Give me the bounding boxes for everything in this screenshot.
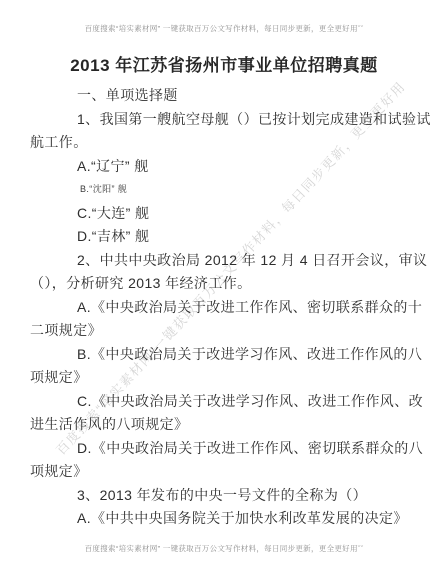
document-page: 百度搜索“培实素材网” 一键获取百万公文写作材料，每日同步更新，更全更好用ˇˇ … <box>0 0 448 580</box>
question-2-option-line: D.《中央政治局关于改进工作作风、密切联系群众的八 <box>30 437 420 461</box>
section-heading: 一、单项选择题 <box>30 84 420 108</box>
question-2-option-line: C.《中央政治局关于改进学习作风、改进工作作风、改 <box>30 390 420 414</box>
question-2-stem-line: （），分析研究 2013 年经济工作。 <box>30 272 420 296</box>
question-1-option-line: D.“吉林” 舰 <box>30 225 420 249</box>
page-title: 2013 年江苏省扬州市事业单位招聘真题 <box>0 54 448 78</box>
question-2-option-line: 项规定》 <box>30 460 420 484</box>
question-1-option-line: A.“辽宁” 舰 <box>30 155 420 179</box>
document-body: 一、单项选择题1、我国第一艘航空母舰（）已按计划完成建造和试验试航工作。A.“辽… <box>30 84 420 531</box>
question-2-option-line: B.《中央政治局关于改进学习作风、改进工作作风的八 <box>30 343 420 367</box>
question-2-option-line: 项规定》 <box>30 366 420 390</box>
question-2-stem-line: 2、中共中央政治局 2012 年 12 月 4 日召开会议，审议 <box>30 249 420 273</box>
question-1-stem-line: 航工作。 <box>30 131 420 155</box>
question-1-option-line: C.“大连” 舰 <box>30 202 420 226</box>
footer-promo-text: 百度搜索“培实素材网” 一键获取百万公文写作材料，每日同步更新，更全更好用ˇˇ <box>0 543 448 554</box>
question-2-option-line: A.《中央政治局关于改进工作作风、密切联系群众的十 <box>30 296 420 320</box>
question-3-option-line: A.《中共中央国务院关于加快水利改革发展的决定》 <box>30 507 420 531</box>
question-1-stem-line: 1、我国第一艘航空母舰（）已按计划完成建造和试验试 <box>30 108 420 132</box>
question-3-stem-line: 3、2013 年发布的中央一号文件的全称为（） <box>30 484 420 508</box>
header-promo-text: 百度搜索“培实素材网” 一键获取百万公文写作材料，每日同步更新，更全更好用ˇˇ <box>0 23 448 34</box>
question-1-option-line: B.“沈阳” 舰 <box>30 178 420 202</box>
question-2-option-line: 进生活作风的八项规定》 <box>30 413 420 437</box>
question-2-option-line: 二项规定》 <box>30 319 420 343</box>
